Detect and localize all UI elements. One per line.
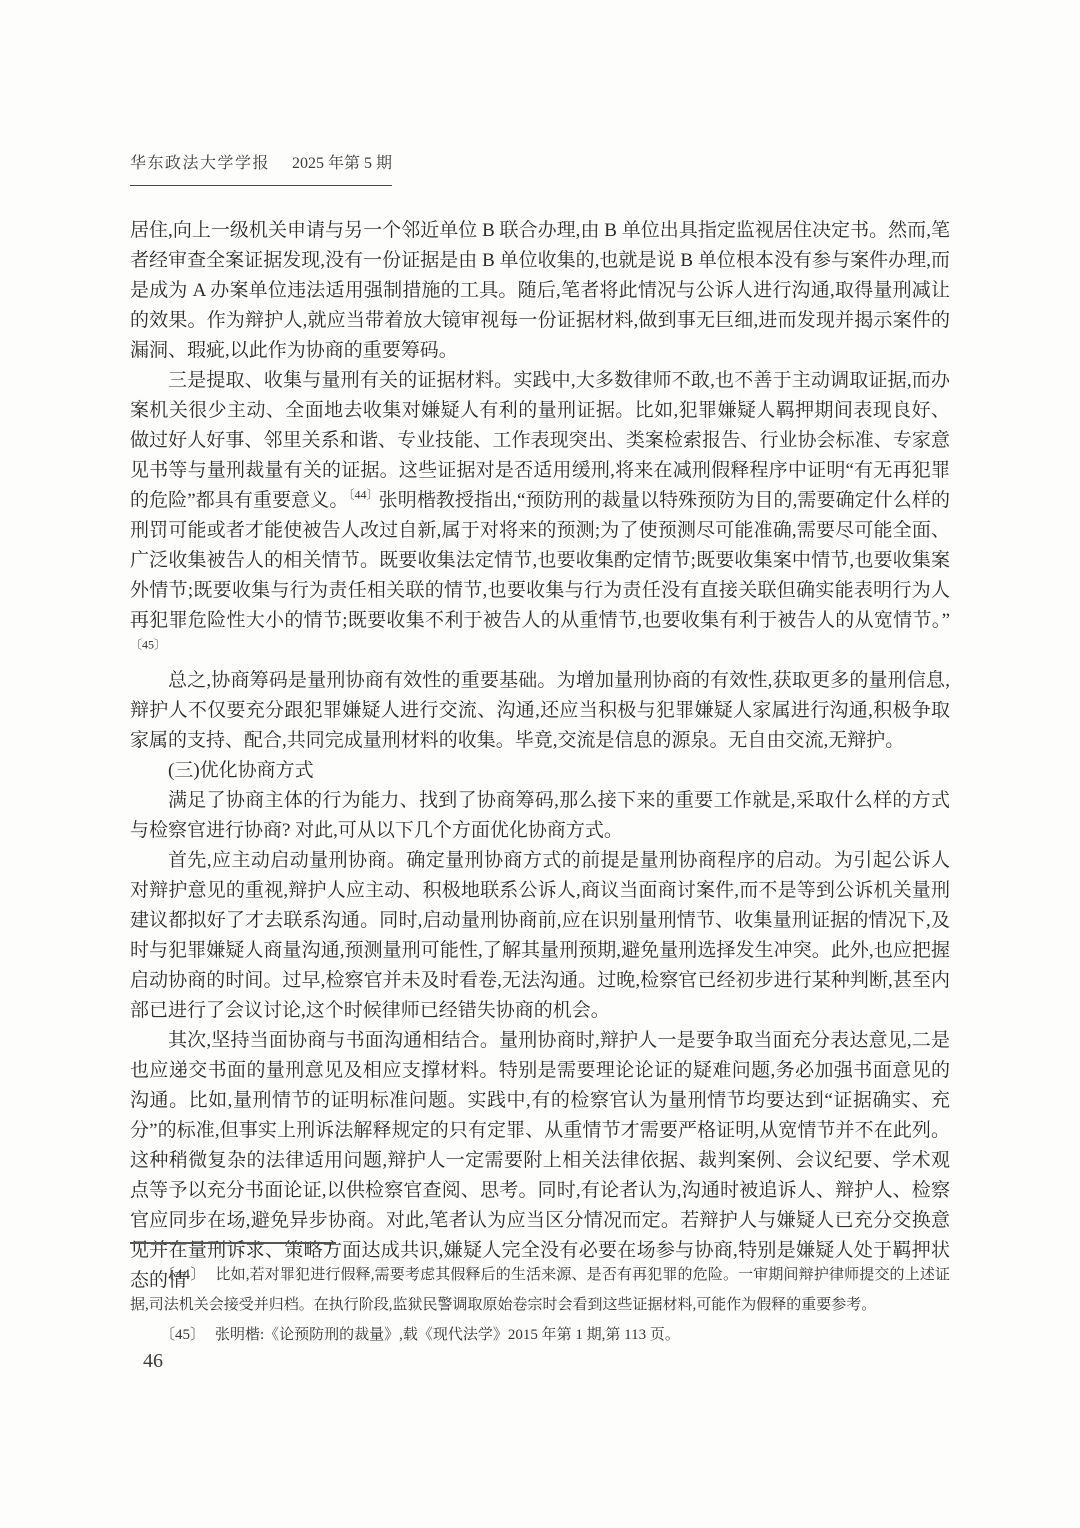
- running-head-rule: 华东政法大学学报2025 年第 5 期: [130, 150, 392, 186]
- footnote-ref-45: 〔45〕: [130, 638, 166, 652]
- section-heading-3: (三)优化协商方式: [130, 756, 950, 786]
- page-header: 华东政法大学学报2025 年第 5 期: [130, 150, 392, 186]
- issue-label: 2025 年第 5 期: [292, 155, 392, 172]
- journal-title: 华东政法大学学报: [130, 155, 270, 172]
- paragraph-evidence-collection: 三是提取、收集与量刑有关的证据材料。实践中,大多数律师不敢,也不善于主动调取证据…: [130, 366, 950, 666]
- paragraph-continuation: 居住,向上一级机关申请与另一个邻近单位 B 联合办理,由 B 单位出具指定监视居…: [130, 216, 950, 366]
- footnote-44-text: 比如,若对罪犯进行假释,需要考虑其假释后的生活来源、是否有再犯罪的危险。一审期间…: [130, 1267, 950, 1313]
- journal-page: 华东政法大学学报2025 年第 5 期 居住,向上一级机关申请与另一个邻近单位 …: [0, 0, 1080, 1528]
- footnote-ref-44: 〔44〕: [348, 488, 378, 502]
- footnote-separator: [130, 1242, 336, 1244]
- page-number: 46: [143, 1350, 163, 1373]
- article-body: 居住,向上一级机关申请与另一个邻近单位 B 联合办理,由 B 单位出具指定监视居…: [130, 216, 950, 1296]
- footnote-44-label: 〔44〕: [160, 1267, 205, 1283]
- footnote-44: 〔44〕比如,若对罪犯进行假释,需要考虑其假释后的生活来源、是否有再犯罪的危险。…: [130, 1260, 950, 1320]
- paragraph-text: 张明楷教授指出,“预防刑的裁量以特殊预防为目的,需要确定什么样的刑罚可能或者才能…: [130, 490, 950, 631]
- paragraph-written-communication: 其次,坚持当面协商与书面沟通相结合。量刑协商时,辩护人一是要争取当面充分表达意见…: [130, 1026, 950, 1296]
- paragraph-initiate-negotiation: 首先,应主动启动量刑协商。确定量刑协商方式的前提是量刑协商程序的启动。为引起公诉…: [130, 846, 950, 1026]
- paragraph-intro-methods: 满足了协商主体的行为能力、找到了协商筹码,那么接下来的重要工作就是,采取什么样的…: [130, 786, 950, 846]
- paragraph-summary: 总之,协商筹码是量刑协商有效性的重要基础。为增加量刑协商的有效性,获取更多的量刑…: [130, 666, 950, 756]
- footnote-45-text: 张明楷:《论预防刑的裁量》,载《现代法学》2015 年第 1 期,第 113 页…: [215, 1327, 680, 1343]
- footnote-45: 〔45〕张明楷:《论预防刑的裁量》,载《现代法学》2015 年第 1 期,第 1…: [130, 1320, 950, 1350]
- footnote-45-label: 〔45〕: [160, 1327, 205, 1343]
- footnotes-section: 〔44〕比如,若对罪犯进行假释,需要考虑其假释后的生活来源、是否有再犯罪的危险。…: [130, 1260, 950, 1350]
